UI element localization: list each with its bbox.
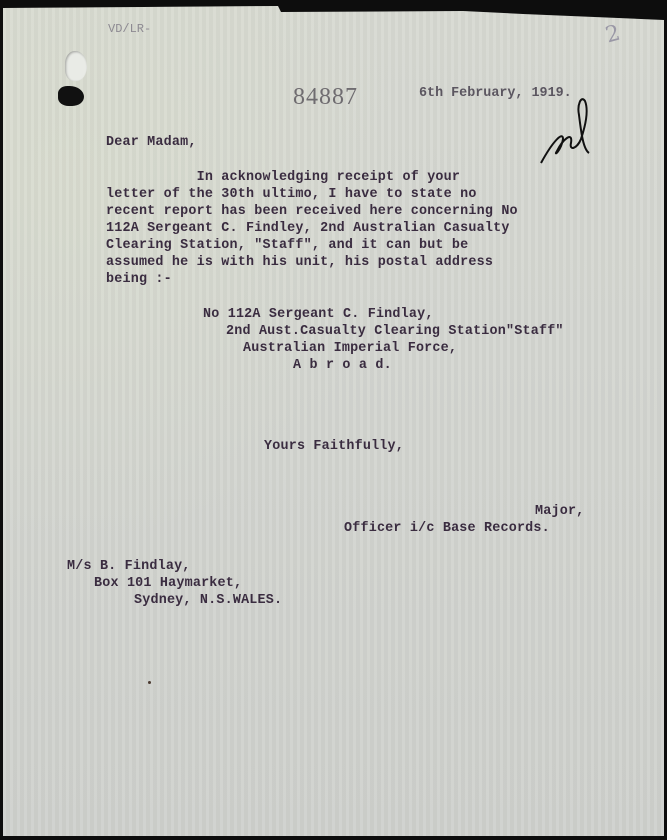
address-line-2: 2nd Aust.Casualty Clearing Station"Staff…: [226, 323, 564, 340]
handwritten-initials-icon: [533, 91, 603, 171]
signatory-title: Officer i/c Base Records.: [344, 520, 550, 537]
recipient-line-2: Box 101 Haymarket,: [94, 575, 242, 592]
body-line-5: Clearing Station, "Staff", and it can bu…: [106, 237, 468, 254]
reference-mark: VD/LR-: [108, 22, 151, 36]
punch-hole-torn: [65, 51, 87, 81]
closing: Yours Faithfully,: [264, 438, 404, 455]
corner-pencil-mark: 2: [604, 24, 622, 44]
body-line-2: letter of the 30th ultimo, I have to sta…: [106, 186, 477, 203]
body-line-3: recent report has been received here con…: [106, 203, 518, 220]
recipient-line-1: M/s B. Findlay,: [67, 558, 191, 575]
body-line-4: 112A Sergeant C. Findley, 2nd Australian…: [106, 220, 510, 237]
ink-speck: [148, 681, 151, 684]
letter-page: VD/LR- 2 84887 6th February, 1919. Dear …: [3, 6, 664, 836]
file-number-stamp: 84887: [293, 84, 358, 111]
salutation: Dear Madam,: [106, 134, 197, 151]
body-line-7: being :-: [106, 271, 172, 288]
punch-hole: [58, 86, 84, 106]
signatory-rank: Major,: [535, 503, 584, 520]
address-line-1: No 112A Sergeant C. Findlay,: [203, 306, 434, 323]
body-line-1: In acknowledging receipt of your: [106, 169, 460, 186]
recipient-line-3: Sydney, N.S.WALES.: [134, 592, 282, 609]
body-line-6: assumed he is with his unit, his postal …: [106, 254, 493, 271]
address-line-3: Australian Imperial Force,: [243, 340, 457, 357]
address-line-4: A b r o a d.: [293, 357, 392, 374]
